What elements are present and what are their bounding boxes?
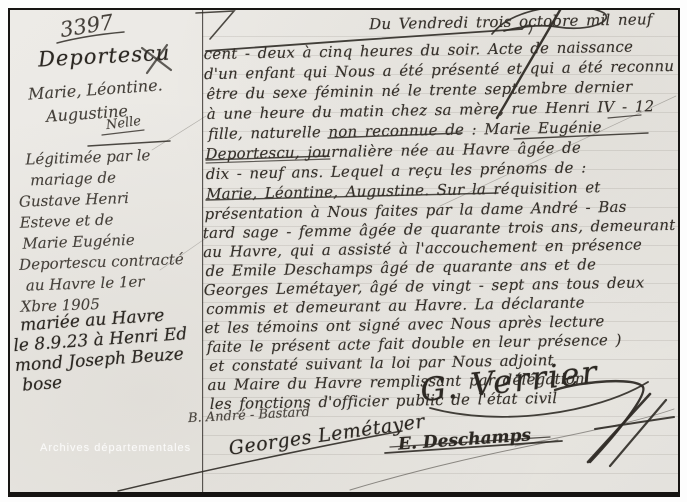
scanned-register-sheet: 3397 Deportescu Marie, Léontine. Augusti… [8,8,680,497]
registry-scan-page: 3397 Deportescu Marie, Léontine. Augusti… [0,0,687,502]
archives-watermark: Archives départementales [40,442,191,454]
act-line: Du Vendredi trois octobre mil neuf [369,10,653,33]
